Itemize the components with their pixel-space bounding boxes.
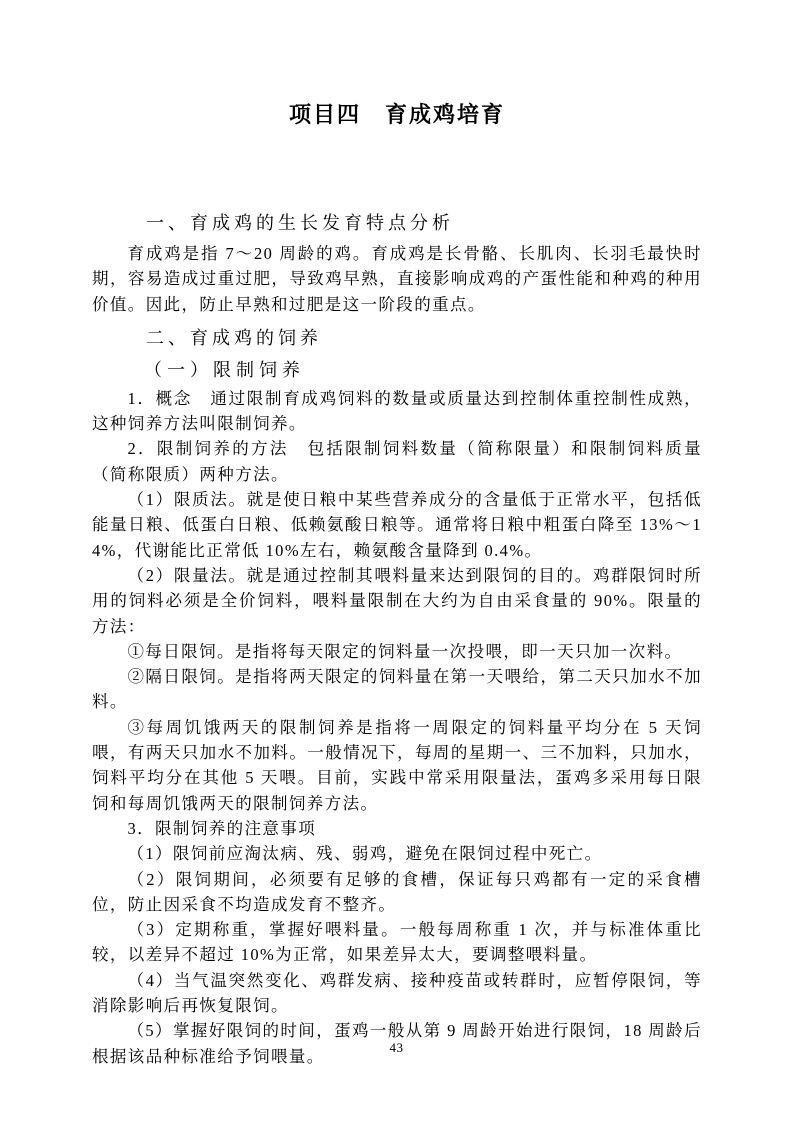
paragraph-precaution-2: （2）限饲期间，必须要有足够的食槽，保证每只鸡都有一定的采食槽位，防止因采食不均… [92,867,702,918]
paragraph-precaution-3: （3）定期称重，掌握好喂料量。一般每周称重 1 次，并与标准体重比较，以差异不超… [92,917,702,968]
paragraph-quality-limit: （1）限质法。就是使日粮中某些营养成分的含量低于正常水平，包括低能量日粮、低蛋白… [92,487,702,563]
page-number: 43 [0,1040,793,1056]
paragraph-methods: 2．限制饲养的方法 包括限制饲料数量（简称限量）和限制饲料质量（简称限质）两种方… [92,436,702,487]
document-title: 项目四 育成鸡培育 [92,100,702,130]
paragraph-precaution-4: （4）当气温突然变化、鸡群发病、接种疫苗或转群时，应暂停限饲，等消除影响后再恢复… [92,968,702,1019]
section-heading-1: 一、育成鸡的生长发育特点分析 [92,210,702,236]
section-heading-2: 二、育成鸡的饲养 [92,325,702,351]
paragraph-quantity-limit: （2）限量法。就是通过控制其喂料量来达到限饲的目的。鸡群限饲时所用的饲料必须是全… [92,563,702,639]
document-page: 项目四 育成鸡培育 一、育成鸡的生长发育特点分析 育成鸡是指 7～20 周龄的鸡… [0,0,793,1122]
sub-heading-restricted-feeding: （一）限制饲养 [92,357,702,383]
paragraph-precautions-heading: 3．限制饲养的注意事项 [92,816,702,841]
paragraph-alternate-day-limit: ②隔日限饲。是指将两天限定的饲料量在第一天喂给，第二天只加水不加料。 [92,664,702,715]
paragraph-weekly-fasting: ③每周饥饿两天的限制饲养是指将一周限定的饲料量平均分在 5 天饲喂，有两天只加水… [92,715,702,816]
paragraph-concept: 1．概念 通过限制育成鸡饲料的数量或质量达到控制体重控制性成熟，这种饲养方法叫限… [92,386,702,437]
paragraph-precaution-1: （1）限饲前应淘汰病、残、弱鸡，避免在限饲过程中死亡。 [92,841,702,866]
paragraph-intro: 育成鸡是指 7～20 周龄的鸡。育成鸡是长骨骼、长肌肉、长羽毛最快时期，容易造成… [92,241,702,317]
document-content: 项目四 育成鸡培育 一、育成鸡的生长发育特点分析 育成鸡是指 7～20 周龄的鸡… [92,0,702,1069]
paragraph-daily-limit: ①每日限饲。是指将每天限定的饲料量一次投喂，即一天只加一次料。 [92,639,702,664]
